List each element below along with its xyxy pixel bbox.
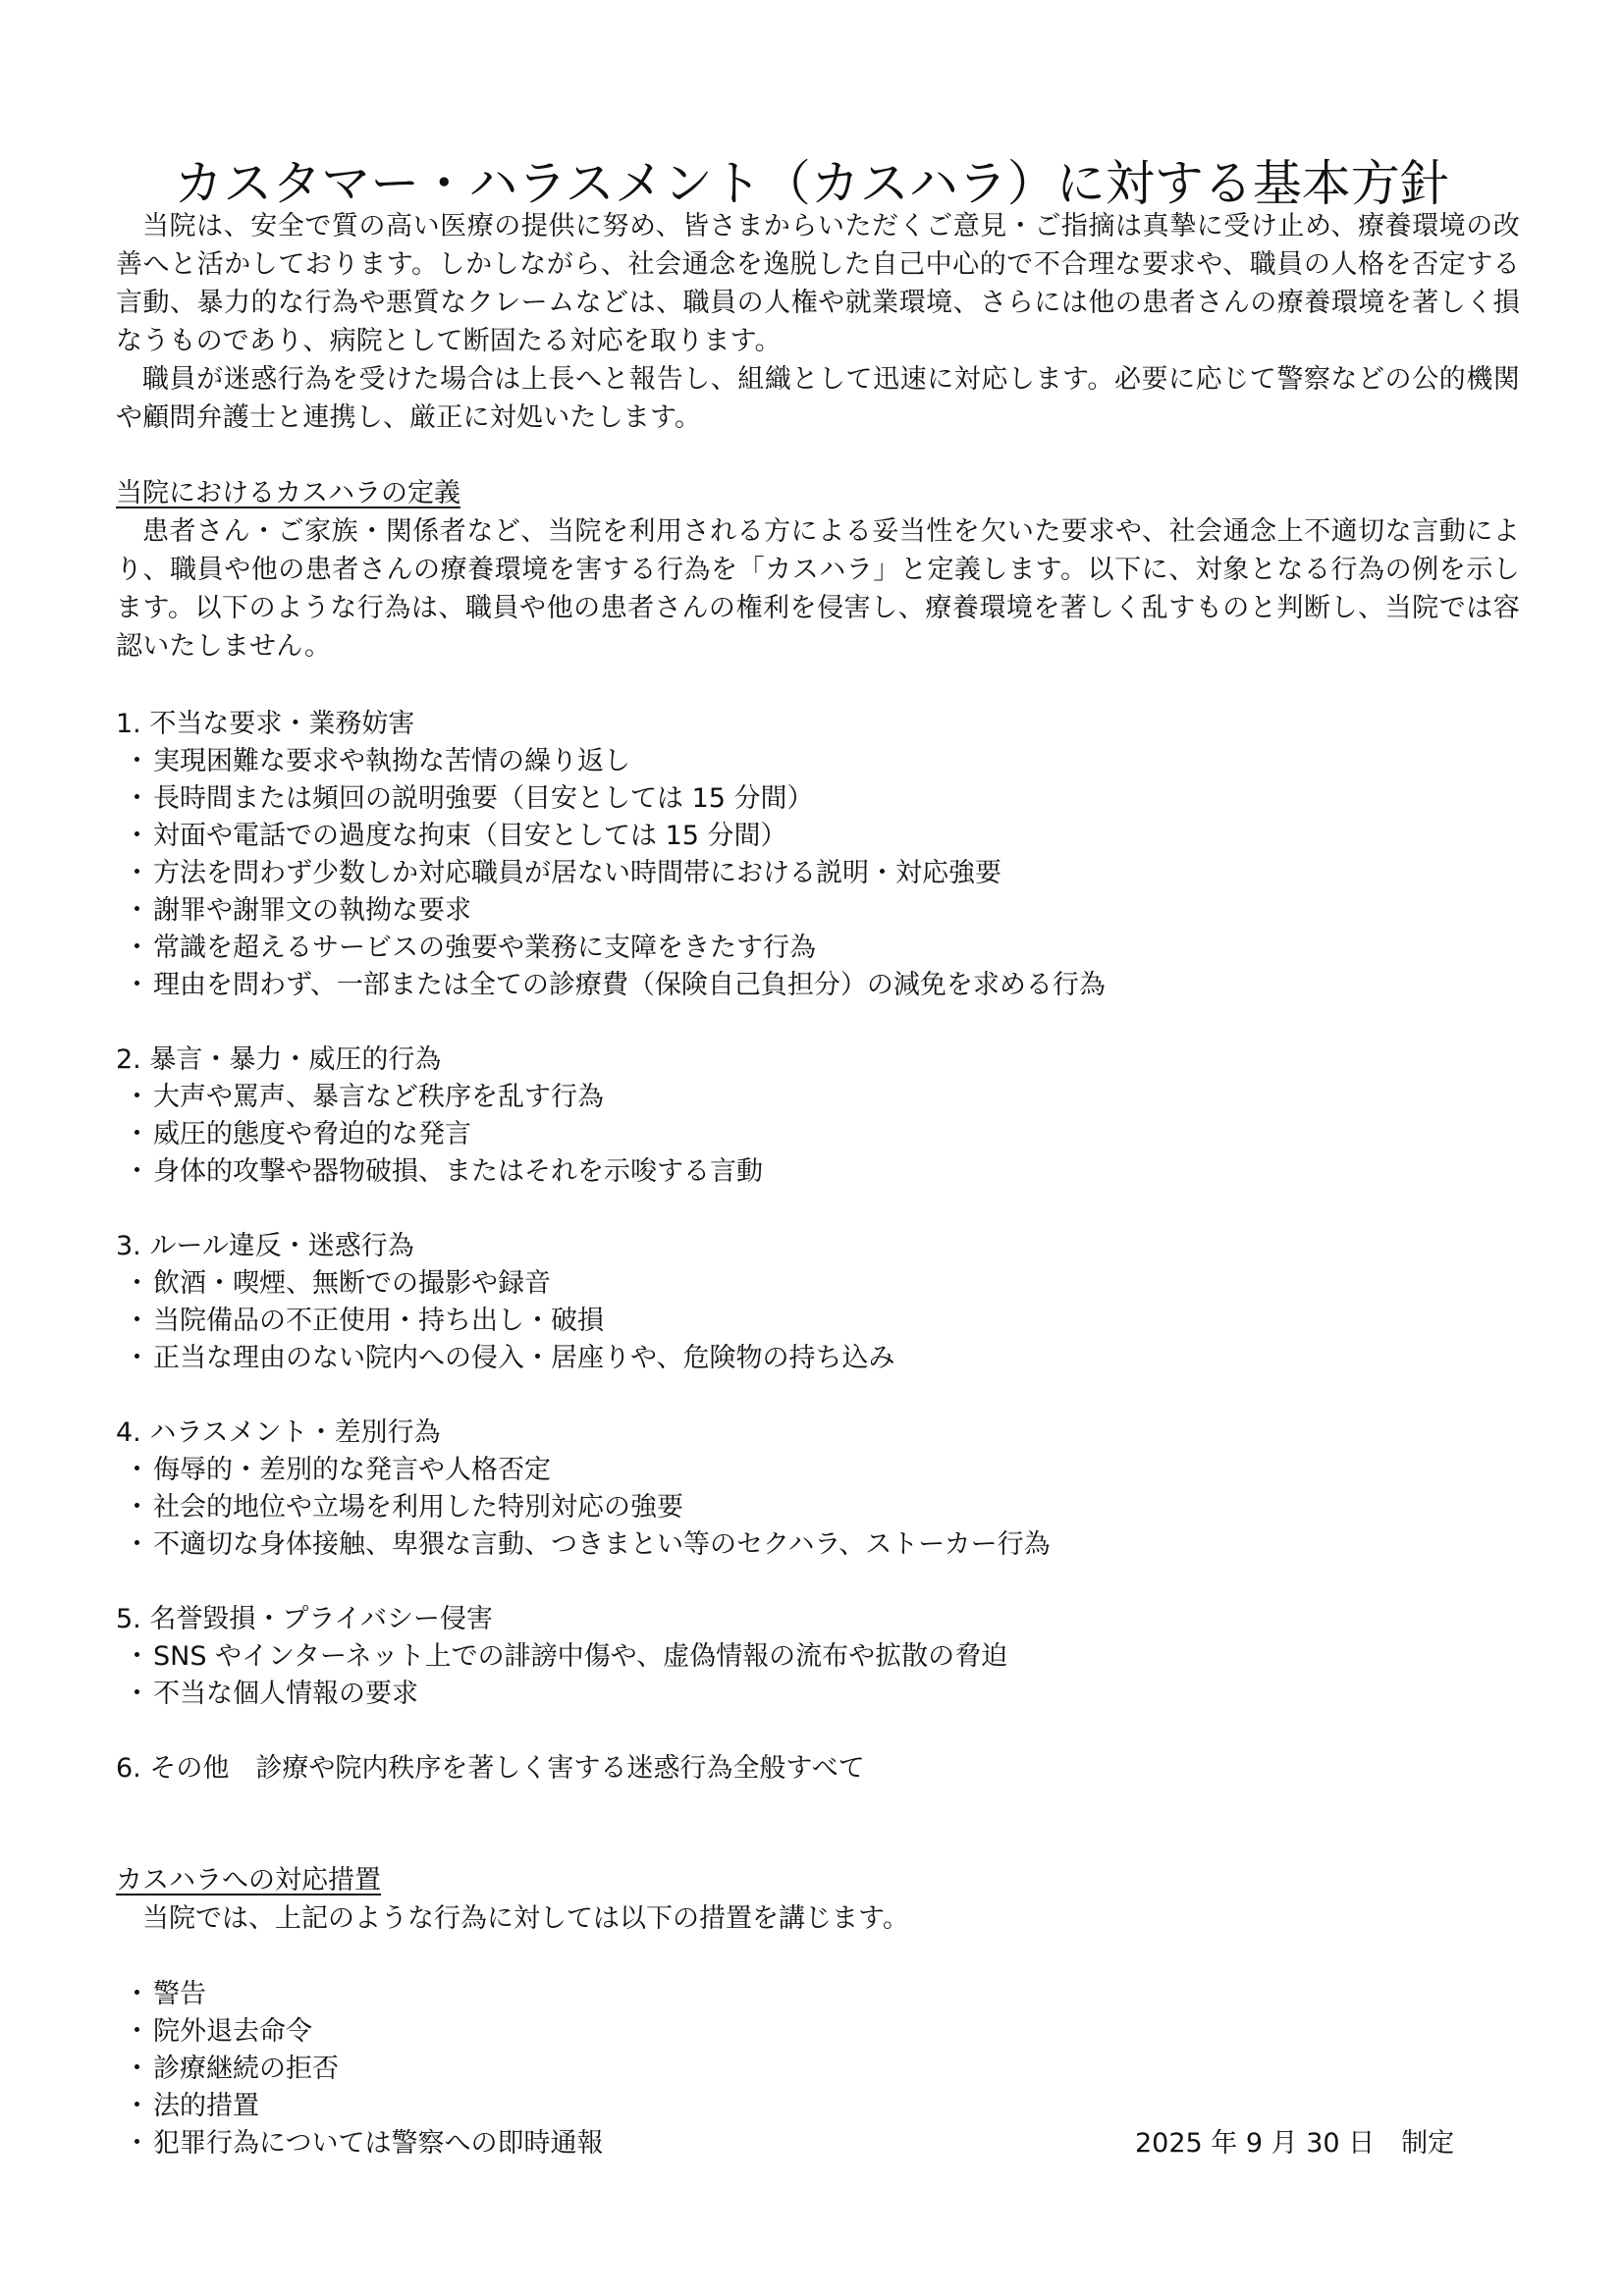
bullet-icon: ・: [124, 1339, 153, 1377]
bullet-icon: ・: [124, 779, 153, 818]
list-item: ・常識を超えるサービスの強要や業務に支障をきたす行為: [124, 929, 816, 967]
list-item: ・当院備品の不正使用・持ち出し・破損: [124, 1302, 604, 1340]
bullet-icon: ・: [124, 966, 153, 1004]
bullet-icon: ・: [124, 2124, 153, 2163]
bullet-icon: ・: [124, 742, 153, 780]
list-item: ・対面や電話での過度な拘束（目安としては 15 分間）: [124, 817, 787, 855]
measures-heading: カスハラへの対応措置: [116, 1861, 381, 1899]
bullet-icon: ・: [124, 1302, 153, 1340]
bullet-icon: ・: [124, 1152, 153, 1191]
list-item: ・長時間または頻回の説明強要（目安としては 15 分間）: [124, 779, 814, 818]
bullet-icon: ・: [124, 1525, 153, 1564]
bullet-icon: ・: [124, 1115, 153, 1153]
list-item: ・威圧的態度や脅迫的な発言: [124, 1115, 471, 1153]
list-item: ・実現困難な要求や執拗な苦情の繰り返し: [124, 742, 630, 780]
list-item: ・理由を問わず、一部または全ての診療費（保険自己負担分）の減免を求める行為: [124, 966, 1106, 1004]
measure-item: ・警告: [124, 1975, 206, 2013]
category-heading-2: 2. 暴言・暴力・威圧的行為: [116, 1041, 441, 1079]
list-item: ・方法を問わず少数しか対応職員が居ない時間帯における説明・対応強要: [124, 854, 1001, 892]
bullet-icon: ・: [124, 1488, 153, 1526]
bullet-icon: ・: [124, 817, 153, 855]
measure-item: ・犯罪行為については警察への即時通報: [124, 2124, 603, 2163]
category-heading-4: 4. ハラスメント・差別行為: [116, 1414, 441, 1452]
list-item: ・謝罪や謝罪文の執拗な要求: [124, 891, 471, 930]
definition-heading: 当院におけるカスハラの定義: [116, 474, 460, 512]
measure-item: ・診療継続の拒否: [124, 2050, 339, 2088]
bullet-icon: ・: [124, 2012, 153, 2051]
policy-document: カスタマー・ハラスメント（カスハラ）に対する基本方針 当院は、安全で質の高い医療…: [0, 0, 1623, 2296]
intro-paragraph-1: 当院は、安全で質の高い医療の提供に努め、皆さまからいただくご意見・ご指摘は真摯に…: [116, 207, 1520, 360]
bullet-icon: ・: [124, 1675, 153, 1713]
bullet-icon: ・: [124, 854, 153, 892]
category-heading-3: 3. ルール違反・迷惑行為: [116, 1227, 414, 1265]
category-heading-1: 1. 不当な要求・業務妨害: [116, 705, 414, 743]
bullet-icon: ・: [124, 1264, 153, 1303]
category-heading-6: 6. その他 診療や院内秩序を著しく害する迷惑行為全般すべて: [116, 1749, 865, 1788]
category-heading-5: 5. 名誉毀損・プライバシー侵害: [116, 1600, 493, 1638]
bullet-icon: ・: [124, 1975, 153, 2013]
list-item: ・不適切な身体接触、卑猥な言動、つきまとい等のセクハラ、ストーカー行為: [124, 1525, 1051, 1564]
list-item: ・身体的攻撃や器物破損、またはそれを示唆する言動: [124, 1152, 763, 1191]
list-item: ・SNS やインターネット上での誹謗中傷や、虚偽情報の流布や拡散の脅迫: [124, 1637, 1007, 1676]
definition-paragraph: 患者さん・ご家族・関係者など、当院を利用される方による妥当性を欠いた要求や、社会…: [116, 512, 1520, 666]
measure-item: ・院外退去命令: [124, 2012, 312, 2051]
bullet-icon: ・: [124, 2087, 153, 2125]
bullet-icon: ・: [124, 929, 153, 967]
intro-paragraph-2: 職員が迷惑行為を受けた場合は上長へと報告し、組織として迅速に対応します。必要に応…: [116, 360, 1520, 437]
list-item: ・不当な個人情報の要求: [124, 1675, 418, 1713]
bullet-icon: ・: [124, 891, 153, 930]
established-date: 2025 年 9 月 30 日 制定: [1135, 2124, 1454, 2163]
list-item: ・侮辱的・差別的な発言や人格否定: [124, 1451, 551, 1489]
list-item: ・飲酒・喫煙、無断での撮影や録音: [124, 1264, 551, 1303]
bullet-icon: ・: [124, 2050, 153, 2088]
measures-intro: 当院では、上記のような行為に対しては以下の措置を講じます。: [142, 1899, 909, 1938]
bullet-icon: ・: [124, 1451, 153, 1489]
measure-item: ・法的措置: [124, 2087, 259, 2125]
bullet-icon: ・: [124, 1078, 153, 1116]
bullet-icon: ・: [124, 1637, 153, 1676]
list-item: ・大声や罵声、暴言など秩序を乱す行為: [124, 1078, 604, 1116]
list-item: ・社会的地位や立場を利用した特別対応の強要: [124, 1488, 683, 1526]
list-item: ・正当な理由のない院内への侵入・居座りや、危険物の持ち込み: [124, 1339, 894, 1377]
